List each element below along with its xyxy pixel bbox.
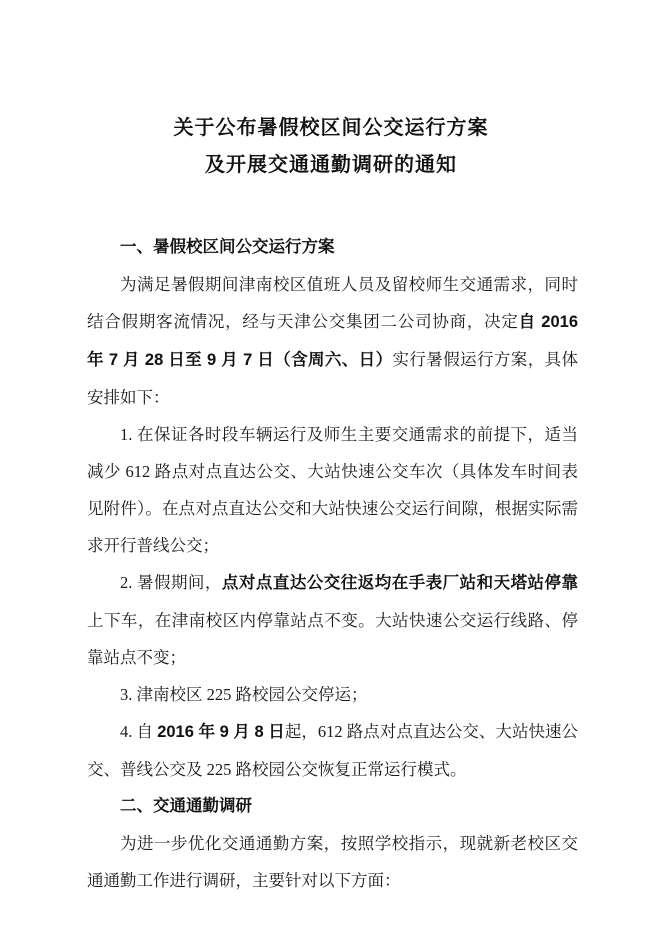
paragraph: 1. 在保证各时段车辆运行及师生主要交通需求的前提下，适当减少 612 路点对点… [87,416,578,564]
text-run: 1. 在保证各时段车辆运行及师生主要交通需求的前提下，适当减少 612 路点对点… [87,425,578,555]
paragraph: 为进一步优化交通通勤方案，按照学校指示，现就新老校区交通通勤工作进行调研，主要针… [87,825,578,899]
bold-text-run: 2016 年 9 月 8 日 [157,723,285,741]
paragraph: 2. 暑假期间，点对点直达公交往返均在手表厂站和天塔站停靠上下车，在津南校区内停… [87,564,578,676]
title-line-2: 及开展交通通勤调研的通知 [0,147,662,184]
bold-text-run: 二、交通通勤调研 [120,797,252,815]
bold-text-run: 点对点直达公交往返均在手表厂站和天塔站停靠 [222,574,578,592]
document-title: 关于公布暑假校区间公交运行方案 及开展交通通勤调研的通知 [0,0,662,184]
text-run: 2. 暑假期间， [120,573,222,592]
document-body: 一、暑假校区间公交运行方案为满足暑假期间津南校区值班人员及留校师生交通需求，同时… [87,229,578,899]
text-run: 为满足暑假期间津南校区值班人员及留校师生交通需求，同时结合假期客流情况，经与天津… [87,275,578,331]
section-heading: 一、暑假校区间公交运行方案 [87,229,578,266]
bold-text-run: 一、暑假校区间公交运行方案 [120,238,335,256]
text-run: 4. 自 [120,722,157,741]
paragraph: 4. 自 2016 年 9 月 8 日起，612 路点对点直达公交、大站快速公交… [87,713,578,788]
paragraph: 为满足暑假期间津南校区值班人员及留校师生交通需求，同时结合假期客流情况，经与天津… [87,266,578,416]
text-run: 上下车，在津南校区内停靠站点不变。大站快速公交运行线路、停靠站点不变； [87,611,578,667]
title-line-1: 关于公布暑假校区间公交运行方案 [0,110,662,147]
paragraph: 3. 津南校区 225 路校园公交停运； [87,676,578,713]
text-run: 为进一步优化交通通勤方案，按照学校指示，现就新老校区交通通勤工作进行调研，主要针… [87,834,578,890]
document-page: 关于公布暑假校区间公交运行方案 及开展交通通勤调研的通知 一、暑假校区间公交运行… [0,0,662,936]
text-run: 3. 津南校区 225 路校园公交停运； [120,685,368,704]
section-heading: 二、交通通勤调研 [87,788,578,825]
